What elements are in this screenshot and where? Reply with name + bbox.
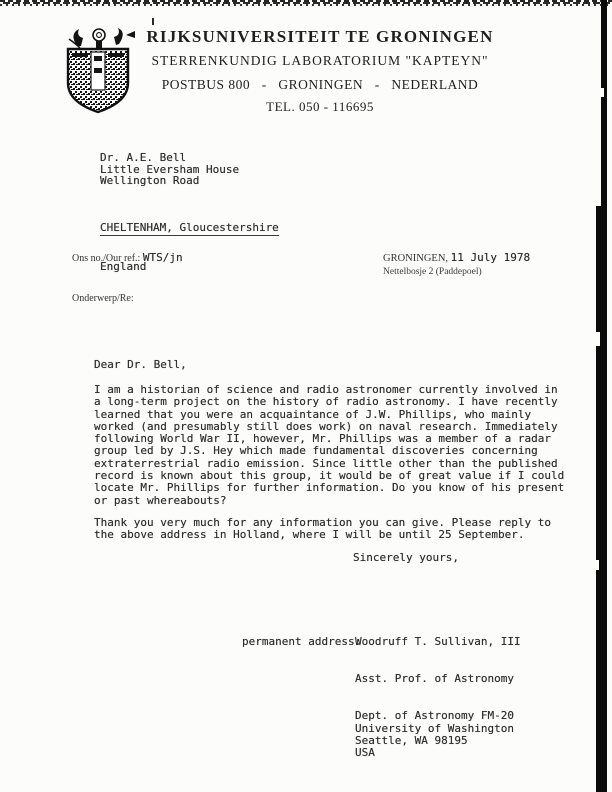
scan-artifact-notch [601,88,604,97]
reference-value: WTS/jn [143,251,183,264]
scan-artifact-notch [596,560,599,570]
permanent-address-label: permanent address: [242,636,361,648]
reference-label: Ons no./Our ref.: [72,253,140,264]
date-line: GRONINGEN, 11 July 1978 [383,251,530,264]
recipient-address-block: Dr. A.E. Bell Little Eversham House Well… [100,129,279,296]
letterhead-department: STERRENKUNDIG LABORATORIUM "KAPTEYN" [90,53,550,69]
scan-artifact-right-edge [596,206,607,792]
reference-row: Ons no./Our ref.: WTS/jn [72,251,183,264]
salutation: Dear Dr. Bell, [94,359,187,371]
recipient-lines: Dr. A.E. Bell Little Eversham House Well… [100,152,279,187]
letterhead-address: POSTBUS 800 - GRONINGEN - NEDERLAND [90,77,550,93]
letterhead-university: RIJKSUNIVERSITEIT TE GRONINGEN [90,27,550,47]
closing: Sincerely yours, [353,552,459,564]
letterhead: RIJKSUNIVERSITEIT TE GRONINGEN STERRENKU… [90,27,550,115]
recipient-city-line: CHELTENHAM, Gloucestershire [100,222,279,236]
signer-title: Asst. Prof. of Astronomy [355,673,521,685]
street-address-note: Nettelbosje 2 (Paddepoel) [383,267,530,277]
signer-address: Dept. of Astronomy FM-20 University of W… [355,710,521,760]
body-paragraph-2: Thank you very much for any information … [94,517,551,542]
scan-artifact-top-edge [0,0,612,6]
letterhead-phone: TEL. 050 - 116695 [90,99,550,115]
date-block: GRONINGEN, 11 July 1978 Nettelbosje 2 (P… [383,251,530,277]
body-paragraph-1: I am a historian of science and radio as… [94,384,564,507]
scan-artifact-notch [596,332,600,346]
scanned-letter-page: RIJKSUNIVERSITEIT TE GRONINGEN STERRENKU… [0,0,612,792]
letter-date: 11 July 1978 [451,251,530,264]
signature-block: Woodruff T. Sullivan, III Asst. Prof. of… [355,611,521,785]
scan-speck [152,18,154,25]
date-city-label: GRONINGEN, [383,253,448,264]
signer-name: Woodruff T. Sullivan, III [355,636,521,648]
subject-label: Onderwerp/Re: [72,293,134,304]
recipient-city: CHELTENHAM, Gloucestershire [100,222,279,236]
